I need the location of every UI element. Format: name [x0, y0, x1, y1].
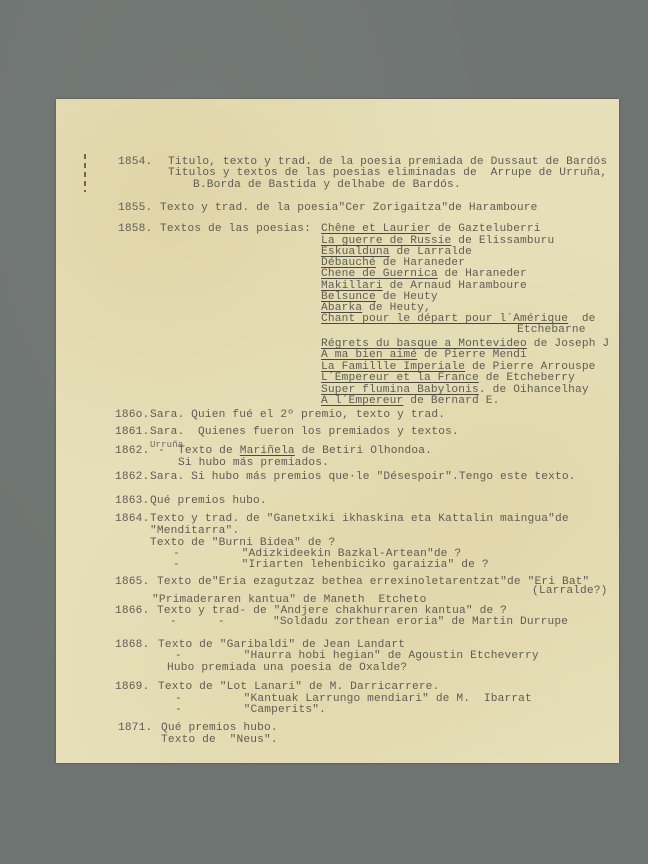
entry-text: Texto de "Neus". [161, 734, 278, 746]
year-label: 1862. [115, 445, 149, 457]
entry-text: Hubo premiada una poesia de Oxalde? [167, 662, 407, 674]
entry-text: Texto y trad. de "Ganetxiki ikhaskina et… [150, 513, 569, 525]
poem-author: de Joseph J [527, 338, 609, 350]
poem-item: Chene de Guernica de Haraneder [321, 268, 527, 280]
entry-text: - - "Soldadu zorthean eroria" de Martin … [170, 616, 568, 628]
poem-author-continuation: Etchebarne [517, 324, 586, 336]
year-label: 1864. [115, 513, 149, 525]
entry-text: Si hubo más premiados. [178, 457, 329, 469]
year-label: 1866. [115, 605, 149, 617]
entry-text: "Menditarra". [150, 525, 239, 537]
year-label: 1865. [115, 576, 149, 588]
entry-text: Qué premios hubo. [161, 722, 278, 734]
poem-author: de Bernard E. [403, 395, 499, 407]
year-label: 1861. [115, 426, 149, 438]
entry-text: Sara. Quienes fueron los premiados y tex… [150, 426, 459, 438]
poem-author: de Etcheberry [479, 372, 575, 384]
poem-title: Chêne et Laurier [321, 223, 431, 235]
entry-text: Texto y trad. de la poesia"Cer Zorigaitz… [160, 202, 538, 214]
year-label: 1863. [115, 495, 149, 507]
year-label: 1855. [118, 202, 152, 214]
entry-label: Textos de las poesias: [160, 223, 311, 235]
entry-text: Texto de Mariñela de Betiri Olhondoa. [178, 445, 432, 457]
entry-text: Texto de"Eria ezagutzaz bethea errexinol… [157, 576, 589, 588]
poem-author: Etchebarne [517, 324, 586, 336]
year-label: 1858. [118, 223, 152, 235]
poem-title: Chene de Guernica [321, 268, 438, 280]
poem-item: A ma bien aimé de Pierre Mendi [321, 349, 527, 361]
entry-text: Texto de "Lot Lanari" de M. Darricarrere… [158, 681, 439, 693]
poem-title: Mariñela [240, 445, 295, 457]
poem-title: A l´Empereur [321, 395, 403, 407]
entry-text: Sara. Quien fué el 2º premio, texto y tr… [150, 409, 445, 421]
year-label: 1869. [115, 681, 149, 693]
entry-text-part: de Betiri Olhondoa. [295, 445, 432, 457]
entry-text: - "Camperits". [175, 704, 326, 716]
entry-text: Titulos y textos de las poesias eliminad… [168, 167, 607, 179]
entry-text: - "Haurra hobi hegian" de Agoustin Etche… [175, 650, 539, 662]
margin-pen-mark [84, 154, 86, 192]
year-label: 186o. [115, 409, 149, 421]
year-label: 1868. [115, 639, 149, 651]
poem-author: de Haraneder [438, 268, 527, 280]
entry-text-part: Texto de [178, 445, 240, 457]
year-label: 1854. [118, 156, 152, 168]
poem-item: A l´Empereur de Bernard E. [321, 395, 499, 407]
year-label: 1871. [118, 722, 152, 734]
entry-text: Sara. Si hubo más premios que·le "Désesp… [150, 471, 576, 483]
entry-text: Qué premios hubo. [150, 495, 267, 507]
poem-title: L´Empereur et la France [321, 372, 479, 384]
poem-title: A ma bien aimé [321, 349, 417, 361]
entry-text: B.Borda de Bastida y delhabe de Bardós. [193, 179, 461, 191]
dash-mark: - [158, 445, 165, 457]
poem-author: de Gazteluberri [431, 223, 541, 235]
poem-item: L´Empereur et la France de Etcheberry [321, 372, 575, 384]
poem-item: Chêne et Laurier de Gazteluberri [321, 223, 541, 235]
poem-author: de Pierre Mendi [417, 349, 527, 361]
entry-text: - "Iriarten lehenbiciko garaizia" de ? [173, 559, 489, 571]
year-label: 1862. [115, 471, 149, 483]
entry-text: (Larralde?) [532, 585, 608, 597]
